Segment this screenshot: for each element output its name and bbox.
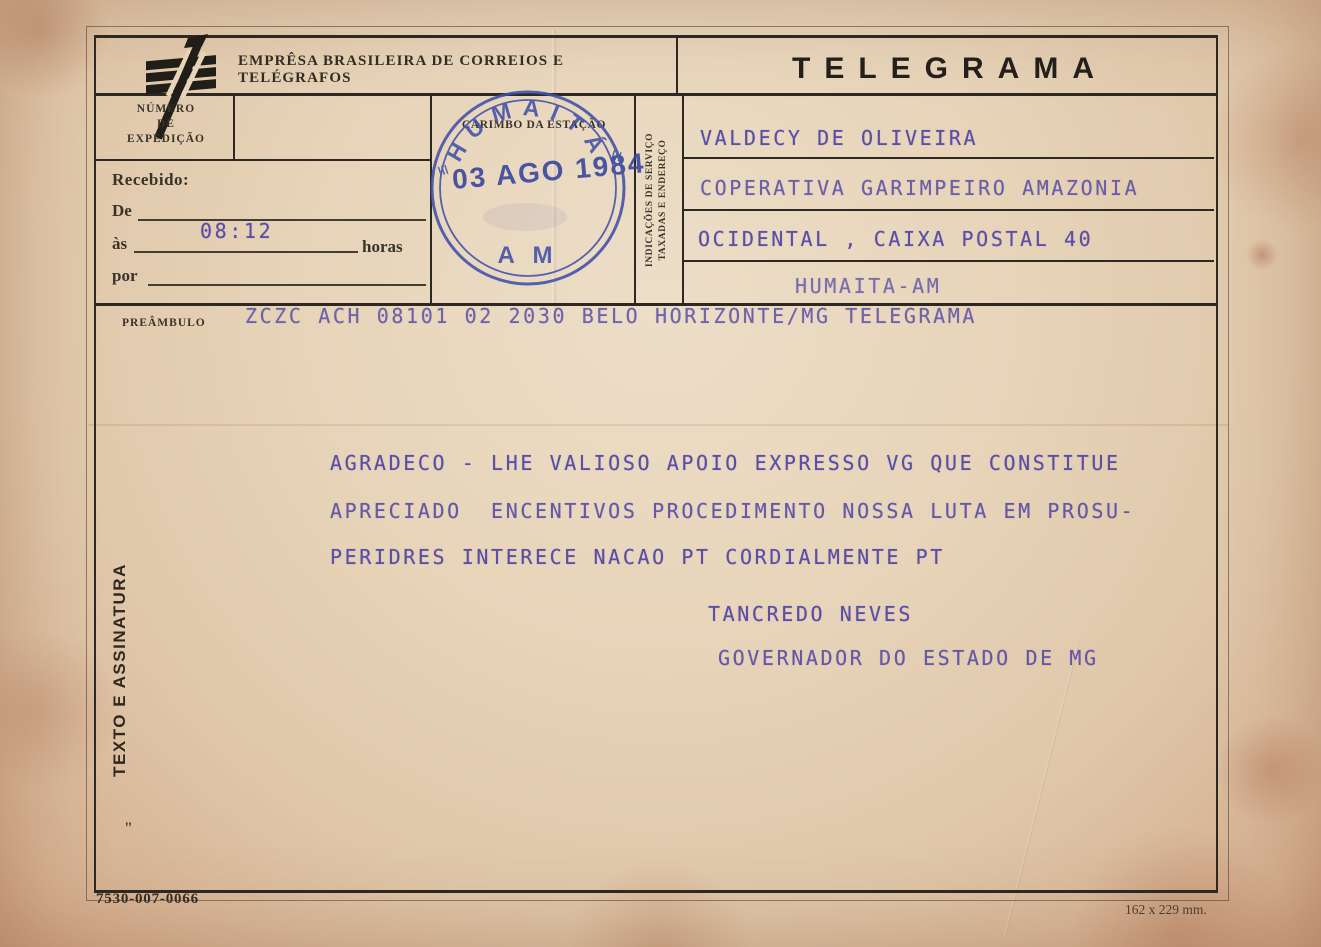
- telegram-scan: EMPRÊSA BRASILEIRA DE CORREIOS E TELÉGRA…: [0, 0, 1321, 947]
- indicacoes-line: INDICAÇÕES DE SERVIÇO: [644, 95, 657, 305]
- page-title: TELEGRAMA: [690, 52, 1210, 86]
- de-label: De: [112, 201, 132, 221]
- numero-box-bottom-line: [95, 159, 430, 161]
- texto-assinatura-label: TEXTO E ASSINATURA: [110, 530, 132, 810]
- stray-mark: ": [124, 820, 133, 838]
- received-time-value: 08:12: [200, 221, 273, 241]
- numero-expedicao-label: NÚMERO DE EXPEDIÇÃO: [99, 102, 233, 147]
- recebido-label: Recebido:: [112, 170, 189, 190]
- numero-line: DE: [99, 117, 233, 132]
- preambulo-value: ZCZC ACH 08101 02 2030 BELO HORIZONTE/MG…: [245, 306, 977, 326]
- signature-line: GOVERNADOR DO ESTADO DE MG: [718, 648, 1099, 668]
- recipient-line: VALDECY DE OLIVEIRA: [700, 128, 978, 148]
- postmark-stamp: HUMAITÁ ≡ ≡ 03 AGO 1984 A M: [425, 85, 655, 305]
- address-rule-3: [682, 260, 1214, 262]
- as-label: às: [112, 234, 127, 254]
- de-underline: [138, 219, 426, 221]
- numero-line: NÚMERO: [99, 102, 233, 117]
- recipient-line: COPERATIVA GARIMPEIRO AMAZONIA: [700, 178, 1139, 198]
- header-split-line: [676, 36, 678, 94]
- numero-line: EXPEDIÇÃO: [99, 132, 233, 147]
- service-strip-line: [682, 95, 684, 303]
- preambulo-label: PREÂMBULO: [122, 317, 206, 329]
- company-name: EMPRÊSA BRASILEIRA DE CORREIOS E TELÉGRA…: [238, 53, 674, 87]
- por-label: por: [112, 266, 138, 286]
- numero-box-line: [233, 95, 235, 160]
- body-line: APRECIADO ENCENTIVOS PROCEDIMENTO NOSSA …: [330, 501, 1135, 521]
- as-underline: [134, 251, 358, 253]
- address-rule-1: [682, 157, 1214, 159]
- stamp-date: 03 AGO 1984: [451, 147, 647, 195]
- indicacoes-line: TAXADAS E ENDEREÇO: [657, 95, 670, 305]
- por-underline: [148, 284, 426, 286]
- stamp-state: A M: [497, 242, 558, 269]
- body-line: PERIDRES INTERECE NACAO PT CORDIALMENTE …: [330, 547, 945, 567]
- recipient-line: OCIDENTAL , CAIXA POSTAL 40: [698, 229, 1093, 249]
- body-line: AGRADECO - LHE VALIOSO APOIO EXPRESSO VG…: [330, 453, 1121, 473]
- recipient-line: HUMAITA-AM: [795, 276, 941, 296]
- indicacoes-label: INDICAÇÕES DE SERVIÇO TAXADAS E ENDEREÇO: [644, 95, 672, 305]
- address-rule-2: [682, 209, 1214, 211]
- form-code: 7530-007-0066: [96, 891, 199, 908]
- paper-dimensions-note: 162 x 229 mm.: [1125, 902, 1207, 918]
- signature-line: TANCREDO NEVES: [708, 604, 913, 624]
- horas-label: horas: [362, 237, 403, 257]
